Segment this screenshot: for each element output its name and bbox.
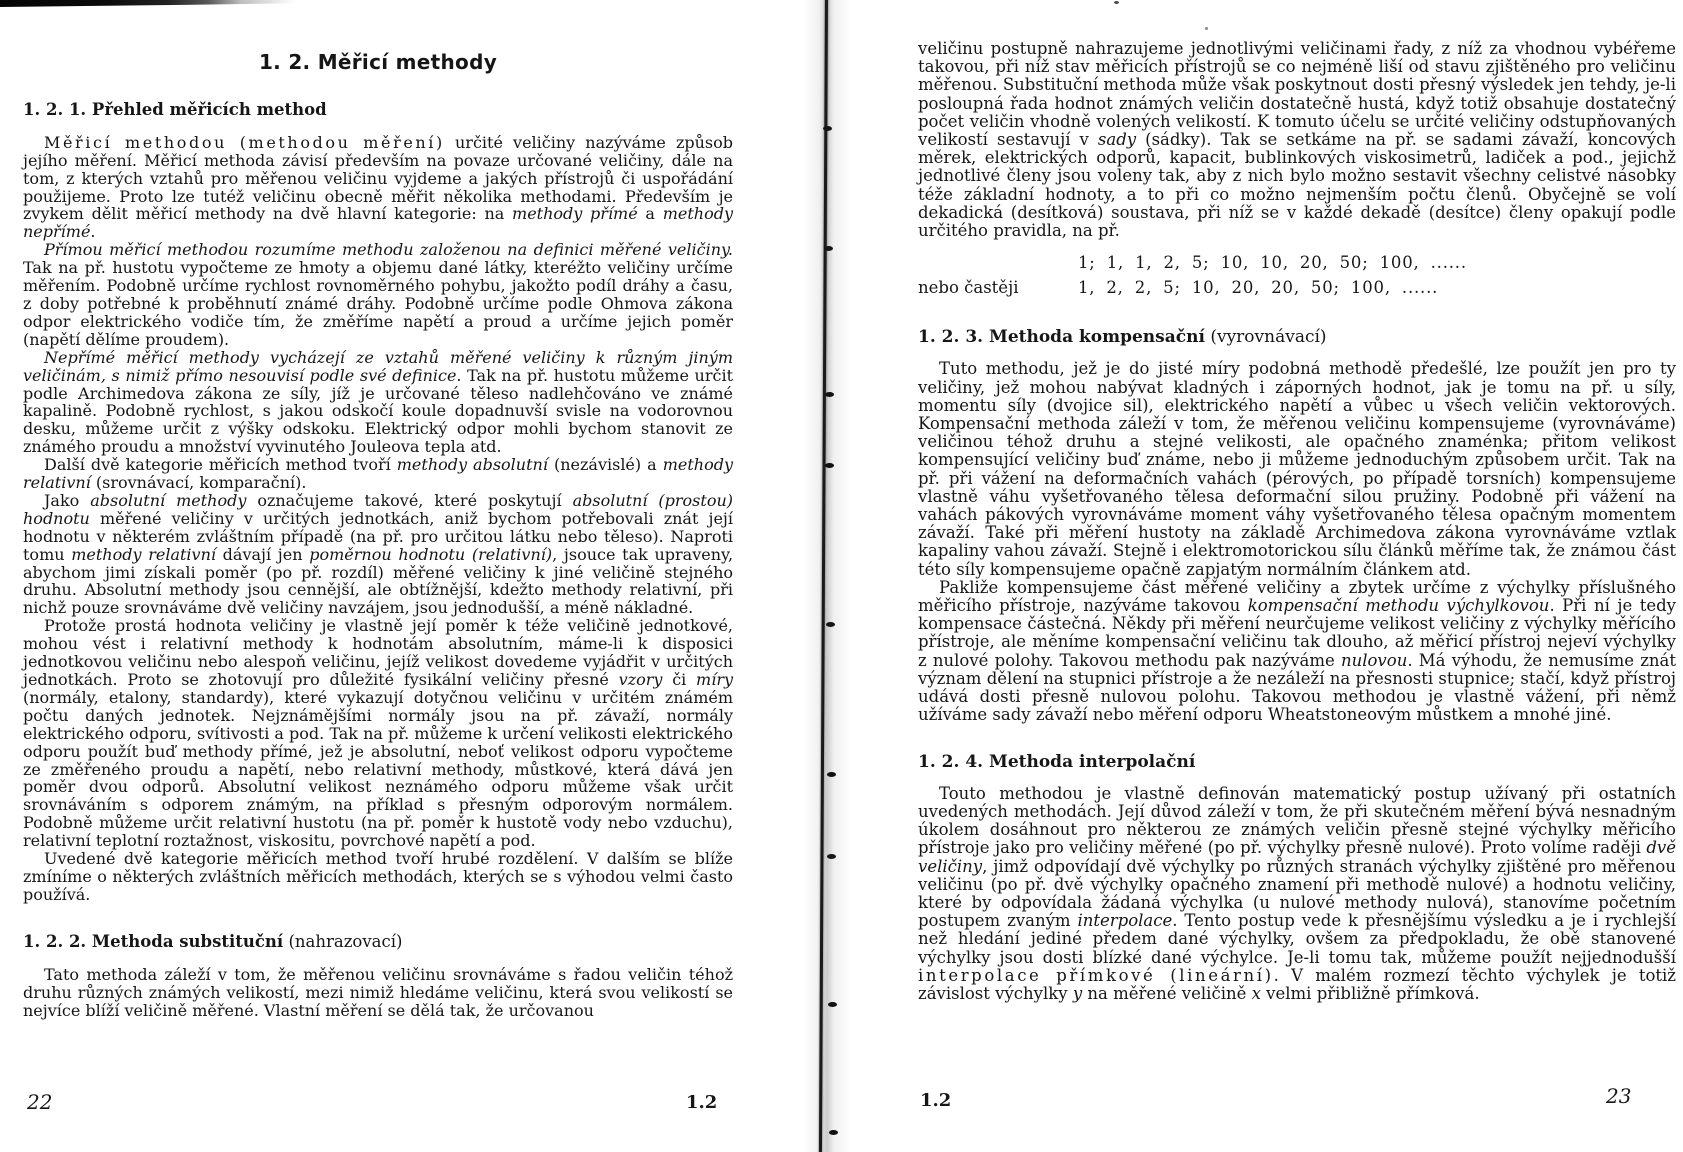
page-right: veličinu postupně nahrazujeme jednotlivý… [918,40,1676,1003]
chapter-title: 1. 2. Měřicí methody [23,54,733,72]
series-line-2: 1, 2, 2, 5; 10, 20, 20, 50; 100, ...... [1078,275,1438,300]
page-number-right: 23 [1606,1084,1631,1108]
scan-speck [1114,1,1119,4]
paragraph-absolute-relative-categories: Další dvě kategorie měřicích method tvoř… [23,456,733,492]
scan-top-edge-artifact [0,0,335,7]
series-label-empty [918,250,1078,275]
section-ref-left: 1.2 [686,1092,717,1113]
heading-1-2-1: 1. 2. 1. Přehled měřicích method [23,101,733,119]
paragraph-deflection-null-method: Pakliže kompensujeme část měřené veličin… [918,579,1676,725]
paragraph-substitution-continued: veličinu postupně nahrazujeme jednotlivý… [918,40,1676,240]
paragraph-interpolation-method: Touto methodou je vlastně definován mate… [918,785,1676,1003]
heading-1-2-4: 1. 2. 4. Methoda interpolační [918,753,1676,771]
series-line-1: 1; 1, 1, 2, 5; 10, 10, 20, 50; 100, ....… [1078,250,1467,275]
series-label: nebo častěji [918,275,1078,300]
paragraph-substitution-intro: Tato methoda záleží v tom, že měřenou ve… [23,966,733,1020]
paragraph-normals-standards: Protože prostá hodnota veličiny je vlast… [23,617,733,850]
paragraph-compensation-method: Tuto methodu, jež je do jisté míry podob… [918,360,1676,578]
series-row-1: 1; 1, 1, 2, 5; 10, 10, 20, 50; 100, ....… [918,250,1676,275]
paragraph-indirect-methods: Nepřímé měřicí methody vycházejí ze vzta… [23,349,733,456]
paragraph-absolute-methods: Jako absolutní methody označujeme takové… [23,492,733,617]
page-left: 1. 2. Měřicí methody 1. 2. 1. Přehled mě… [23,46,733,1019]
series-row-2: nebo častěji 1, 2, 2, 5; 10, 20, 20, 50;… [918,275,1676,300]
decade-series-example: 1; 1, 1, 2, 5; 10, 10, 20, 50; 100, ....… [918,250,1676,300]
book-scan-spread: 1. 2. Měřicí methody 1. 2. 1. Přehled mě… [0,0,1683,1152]
heading-1-2-2: 1. 2. 2. Methoda substituční (nahrazovac… [23,933,733,951]
scan-speck [1205,27,1208,30]
heading-1-2-3: 1. 2. 3. Methoda kompensační (vyrovnávac… [918,328,1676,346]
spine-stitch-marks [820,0,829,5]
paragraph-categories-summary: Uvedené dvě kategorie měřicích method tv… [23,850,733,904]
paragraph-direct-methods: Přímou měřicí methodou rozumíme methodu … [23,241,733,348]
section-ref-right: 1.2 [920,1090,951,1111]
page-number-left: 22 [27,1090,52,1114]
paragraph-method-definition: Měřicí methodou (methodou měření) určité… [23,134,733,241]
